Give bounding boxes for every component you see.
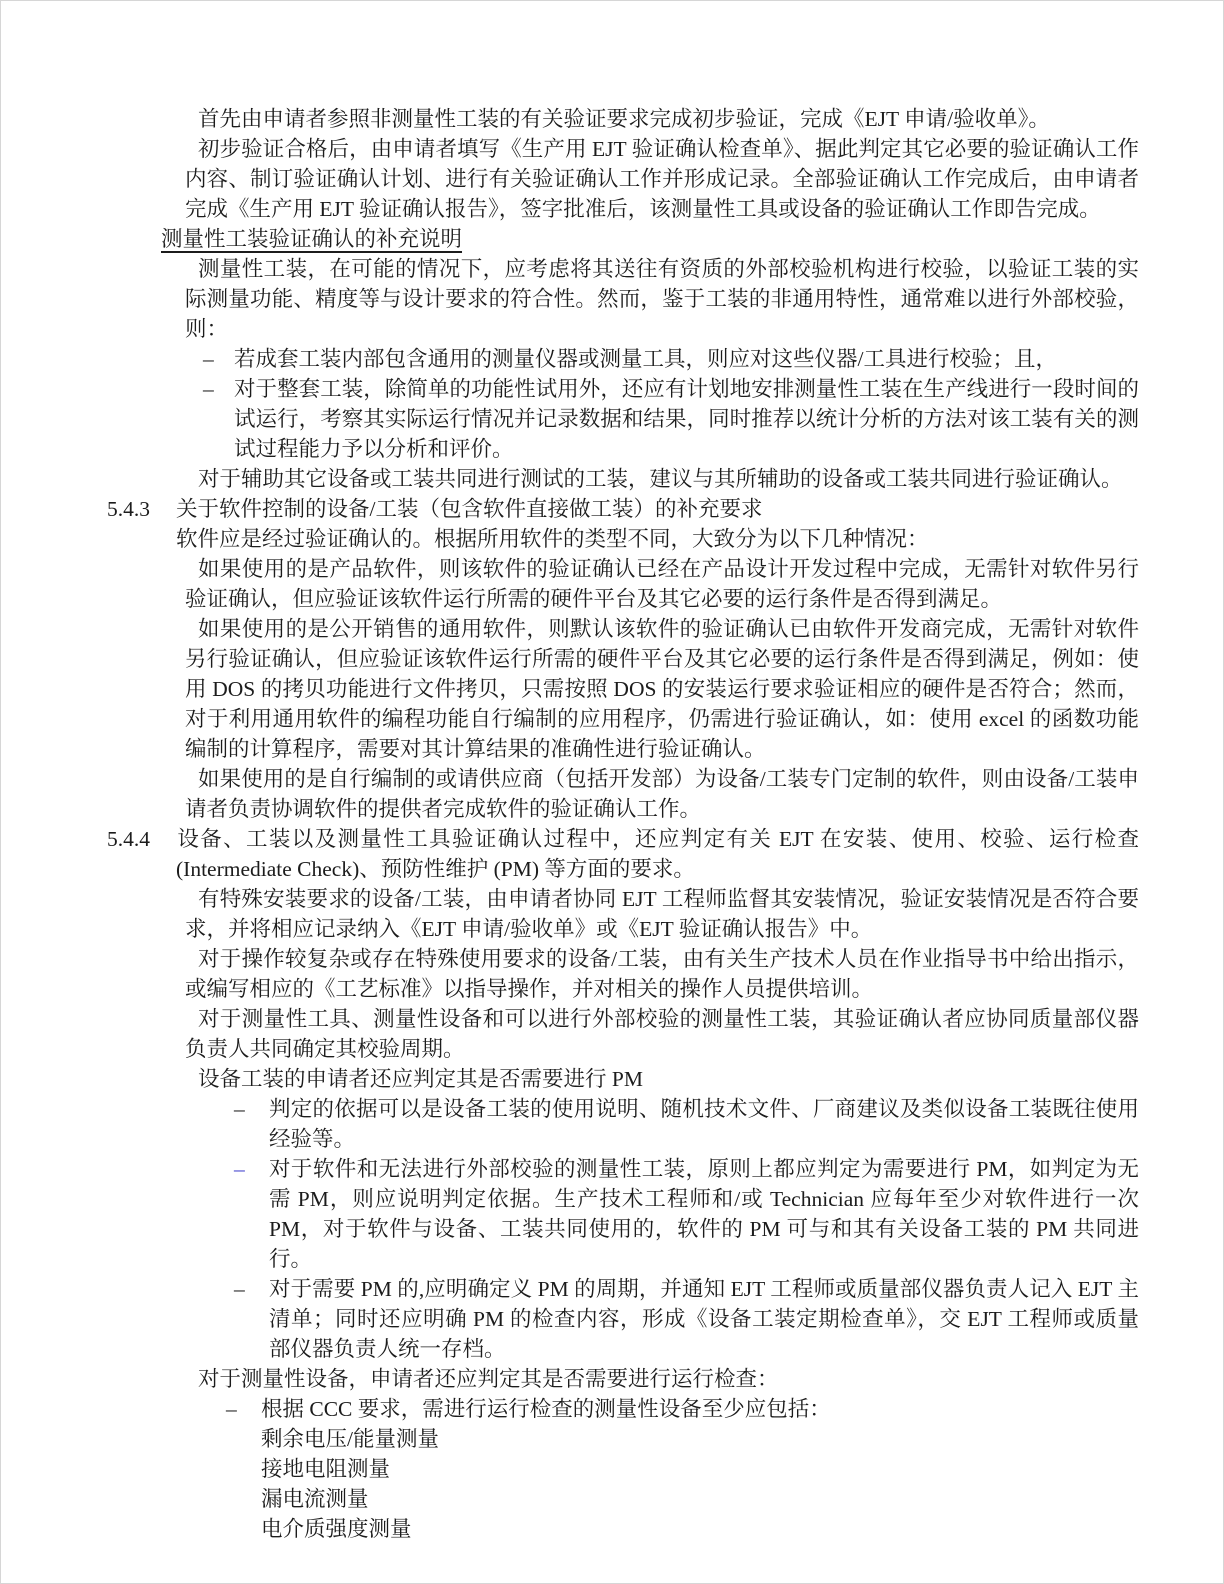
section-heading-underlined: 测量性工装验证确认的补充说明 — [161, 224, 1139, 254]
paragraph: 初步验证合格后，由申请者填写《生产用 EJT 验证确认检查单》、据此判定其它必要… — [185, 134, 1139, 224]
document-body: 首先由申请者参照非测量性工装的有关验证要求完成初步验证，完成《EJT 申请/验收… — [1, 1, 1223, 1544]
paragraph: 首先由申请者参照非测量性工装的有关验证要求完成初步验证，完成《EJT 申请/验收… — [185, 104, 1139, 134]
paragraph: 如果使用的是产品软件，则该软件的验证确认已经在产品设计开发过程中完成，无需针对软… — [185, 554, 1139, 614]
list-item: 漏电流测量 — [261, 1484, 1139, 1514]
bullet-text: 若成套工装内部包含通用的测量仪器或测量工具，则应对这些仪器/工具进行校验；且， — [234, 344, 1139, 374]
paragraph: 设备工装的申请者还应判定其是否需要进行 PM — [185, 1064, 1139, 1094]
paragraph: 对于测量性设备，申请者还应判定其是否需要进行运行检查： — [185, 1364, 1139, 1394]
paragraph: 有特殊安装要求的设备/工装，由申请者协同 EJT 工程师监督其安装情况，验证安装… — [185, 884, 1139, 944]
dash-marker: – — [234, 1094, 269, 1154]
dash-marker-blue: – — [234, 1154, 269, 1274]
list-item: 剩余电压/能量测量 — [261, 1424, 1139, 1454]
section-number: 5.4.4 — [107, 824, 176, 854]
paragraph: 如果使用的是公开销售的通用软件，则默认该软件的验证确认已由软件开发商完成，无需针… — [185, 614, 1139, 764]
section-title: 关于软件控制的设备/工装（包含软件直接做工装）的补充要求 — [176, 497, 762, 521]
bullet-item: – 若成套工装内部包含通用的测量仪器或测量工具，则应对这些仪器/工具进行校验；且… — [203, 344, 1139, 374]
bullet-item: – 对于软件和无法进行外部校验的测量性工装，原则上都应判定为需要进行 PM，如判… — [234, 1154, 1139, 1274]
paragraph: 测量性工装，在可能的情况下，应考虑将其送往有资质的外部校验机构进行校验，以验证工… — [185, 254, 1139, 344]
section-number: 5.4.3 — [107, 494, 176, 524]
bullet-text: 判定的依据可以是设备工装的使用说明、随机技术文件、厂商建议及类似设备工装既往使用… — [269, 1094, 1139, 1154]
bullet-item: – 根据 CCC 要求，需进行运行检查的测量性设备至少应包括： — [226, 1394, 1139, 1424]
section-body: 设备、工装以及测量性工具验证确认过程中，还应判定有关 EJT 在安装、使用、校验… — [176, 827, 1139, 881]
bullet-text: 对于软件和无法进行外部校验的测量性工装，原则上都应判定为需要进行 PM，如判定为… — [269, 1154, 1139, 1274]
dash-marker: – — [226, 1394, 261, 1424]
bullet-item: – 对于整套工装，除简单的功能性试用外，还应有计划地安排测量性工装在生产线进行一… — [203, 374, 1139, 464]
dash-marker: – — [234, 1274, 269, 1364]
bullet-text: 根据 CCC 要求，需进行运行检查的测量性设备至少应包括： — [261, 1394, 1139, 1424]
paragraph: 如果使用的是自行编制的或请供应商（包括开发部）为设备/工装专门定制的软件，则由设… — [185, 764, 1139, 824]
paragraph: 对于测量性工具、测量性设备和可以进行外部校验的测量性工装，其验证确认者应协同质量… — [185, 1004, 1139, 1064]
paragraph: 对于辅助其它设备或工装共同进行测试的工装，建议与其所辅助的设备或工装共同进行验证… — [185, 464, 1139, 494]
section-5-4-4: 5.4.4设备、工装以及测量性工具验证确认过程中，还应判定有关 EJT 在安装、… — [176, 824, 1139, 884]
dash-marker: – — [203, 374, 234, 464]
paragraph: 对于操作较复杂或存在特殊使用要求的设备/工装，由有关生产技术人员在作业指导书中给… — [185, 944, 1139, 1004]
bullet-text: 对于整套工装，除简单的功能性试用外，还应有计划地安排测量性工装在生产线进行一段时… — [234, 374, 1139, 464]
bullet-text: 对于需要 PM 的,应明确定义 PM 的周期，并通知 EJT 工程师或质量部仪器… — [269, 1274, 1139, 1364]
list-item: 电介质强度测量 — [261, 1514, 1139, 1544]
dash-marker: – — [203, 344, 234, 374]
bullet-item: – 对于需要 PM 的,应明确定义 PM 的周期，并通知 EJT 工程师或质量部… — [234, 1274, 1139, 1364]
bullet-item: – 判定的依据可以是设备工装的使用说明、随机技术文件、厂商建议及类似设备工装既往… — [234, 1094, 1139, 1154]
document-page: 首先由申请者参照非测量性工装的有关验证要求完成初步验证，完成《EJT 申请/验收… — [0, 0, 1224, 1584]
list-item: 接地电阻测量 — [261, 1454, 1139, 1484]
section-5-4-3: 5.4.3关于软件控制的设备/工装（包含软件直接做工装）的补充要求 — [176, 494, 1139, 524]
paragraph: 软件应是经过验证确认的。根据所用软件的类型不同，大致分为以下几种情况： — [176, 524, 1139, 554]
